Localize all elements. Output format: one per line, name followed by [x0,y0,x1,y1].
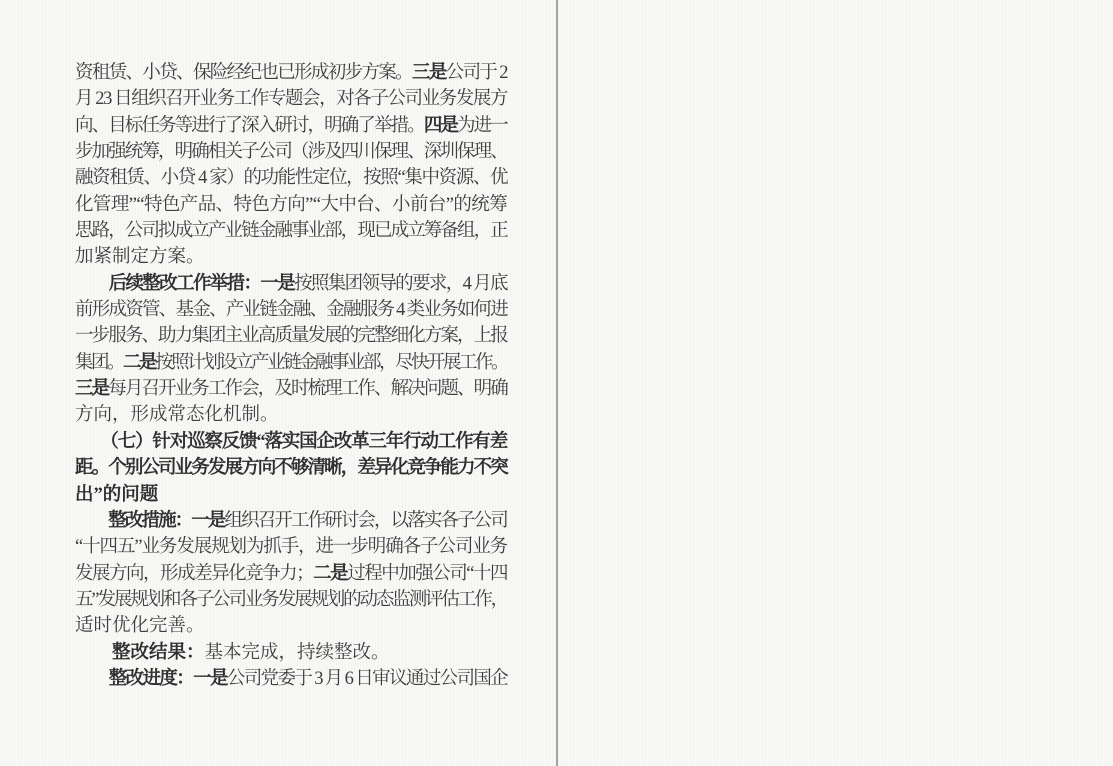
text-segment [75,432,110,452]
text-line: 加紧制定方案。 [75,244,205,270]
text-segment [75,643,112,663]
text-line: 月 23 日组织召开业务工作专题会，对各子公司业务发展方 [75,86,507,112]
text-segment: 出”的问题 [75,485,158,505]
text-segment: 二是 [123,353,155,373]
text-line: 出”的问题 [75,482,158,508]
text-segment: 前形成资管、基金、产业链金融、金融服务 4 类业务如何进 [75,300,507,320]
page-right: 改革三年行动评估整改方案，对照评估报告，直面短板弱项，分析查找了 5 个方面的主… [558,0,1113,766]
text-line: 发展方向，形成差异化竞争力；二是过程中加强公司“十四 [75,561,507,587]
text-segment: 一步服务、助力集团主业高质量发展的完整细化方案，上报 [75,326,507,346]
text-segment: 整改结果： [112,643,205,663]
text-segment: 每月召开业务工作会，及时梳理工作、解决问题、明确 [108,379,507,399]
text-segment [75,669,109,689]
text-segment: 二是 [313,564,347,584]
text-segment: 五”发展规划和各子公司业务发展规划的动态监测评估工作， [75,590,507,610]
text-segment: 月 23 日组织召开业务工作专题会，对各子公司业务发展方 [75,89,507,109]
text-line: 距。个别公司业务发展方向不够清晰，差异化竞争能力不突 [75,455,507,481]
text-line: 方向，形成常态化机制。 [75,402,279,428]
text-segment: 三是 [75,379,108,399]
page-left-text: 资租赁、小贷、保险经纪也已形成初步方案。三是公司于 2月 23 日组织召开业务工… [75,60,507,692]
text-segment: 组织召开工作研讨会，以落实各子公司 [225,511,507,531]
text-segment: 距。个别公司业务发展方向不够清晰，差异化竞争能力不突 [75,458,507,478]
text-segment: 后续整改工作举措：一是 [109,274,294,294]
text-segment: 整改进度：一是 [109,669,227,689]
text-segment: 公司于 2 [446,63,507,83]
text-line: 步加强统筹，明确相关子公司（涉及四川保理、深圳保理、 [75,139,507,165]
text-segment: 思路，公司拟成立产业链金融事业部，现已成立筹备组，正 [75,221,507,241]
text-segment: 集团。 [75,353,123,373]
text-line: 化管理”“特色产品、特色方向”“大中台、小前台”的统筹 [75,192,507,218]
text-segment: 公司党委于 3 月 6 日审议通过公司国企 [227,669,507,689]
text-segment [75,274,109,294]
text-line: 资租赁、小贷、保险经纪也已形成初步方案。三是公司于 2 [75,60,507,86]
text-line: 适时优化完善。 [75,613,205,639]
text-line: 集团。二是按照计划设立产业链金融事业部，尽快开展工作。 [75,350,507,376]
text-line: 后续整改工作举措：一是按照集团领导的要求，4 月底 [75,271,507,297]
text-segment: 三是 [412,63,446,83]
text-segment: 步加强统筹，明确相关子公司（涉及四川保理、深圳保理、 [75,142,507,162]
text-segment: 整改措施：一是 [108,511,224,531]
text-segment: 过程中加强公司“十四 [347,564,507,584]
text-line: “十四五”业务发展规划为抓手，进一步明确各子公司业务 [75,534,507,560]
text-segment: 按照计划设立产业链金融事业部，尽快开展工作。 [155,353,507,373]
text-line: 五”发展规划和各子公司业务发展规划的动态监测评估工作， [75,587,507,613]
text-line: 整改结果：基本完成，持续整改。 [75,640,390,666]
page-left: 资租赁、小贷、保险经纪也已形成初步方案。三是公司于 2月 23 日组织召开业务工… [0,0,556,766]
text-line: （七）针对巡察反馈“落实国企改革三年行动工作有差 [75,429,507,455]
text-segment: 按照集团领导的要求，4 月底 [294,274,507,294]
text-line: 整改措施：一是组织召开工作研讨会，以落实各子公司 [75,508,507,534]
text-segment: 融资租赁、小贷 4 家）的功能性定位，按照“集中资源、优 [75,168,507,188]
text-segment [75,511,108,531]
text-segment: 化管理”“特色产品、特色方向”“大中台、小前台”的统筹 [75,195,507,215]
text-segment: 四是 [424,116,457,136]
text-segment: 资租赁、小贷、保险经纪也已形成初步方案。 [75,63,412,83]
text-segment: （七）针对巡察反馈“落实国企改革三年行动工作有差 [110,432,507,452]
text-line: 三是每月召开业务工作会，及时梳理工作、解决问题、明确 [75,376,507,402]
text-segment: 加紧制定方案。 [75,247,205,267]
text-line: 思路，公司拟成立产业链金融事业部，现已成立筹备组，正 [75,218,507,244]
text-segment: 方向，形成常态化机制。 [75,405,279,425]
text-segment: “十四五”业务发展规划为抓手，进一步明确各子公司业务 [75,537,507,557]
text-line: 融资租赁、小贷 4 家）的功能性定位，按照“集中资源、优 [75,165,507,191]
text-segment: 基本完成，持续整改。 [205,643,390,663]
text-line: 一步服务、助力集团主业高质量发展的完整细化方案，上报 [75,323,507,349]
text-segment: 为进一 [457,116,507,136]
text-segment: 发展方向，形成差异化竞争力； [75,564,313,584]
text-segment: 向、目标任务等进行了深入研讨，明确了举措。 [75,116,424,136]
text-line: 向、目标任务等进行了深入研讨，明确了举措。四是为进一 [75,113,507,139]
text-segment: 适时优化完善。 [75,616,205,636]
text-line: 整改进度：一是公司党委于 3 月 6 日审议通过公司国企 [75,666,507,692]
text-line: 前形成资管、基金、产业链金融、金融服务 4 类业务如何进 [75,297,507,323]
